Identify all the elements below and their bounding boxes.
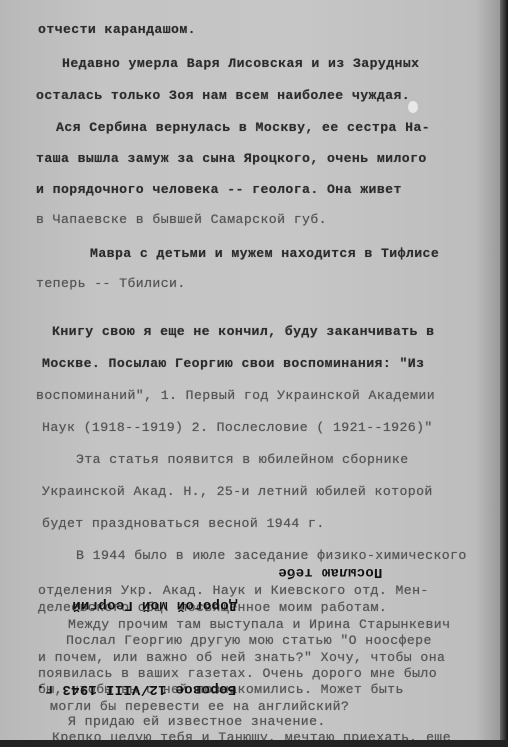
- typewritten-page: отчести карандашом. Недавно умерла Варя …: [0, 0, 500, 740]
- text-line: Украинской Акад. Н., 25-и летний юбилей …: [42, 484, 433, 499]
- text-line: и почем, или важно об ней знать?" Хочу, …: [38, 650, 445, 665]
- text-line: Ася Сербина вернулась в Москву, ее сестр…: [56, 120, 430, 135]
- text-line: Между прочим там выступала и Ирина Стары…: [68, 617, 450, 632]
- text-line: В 1944 было в июле заседание физико-хими…: [76, 548, 467, 563]
- text-line: отчести карандашом.: [38, 22, 196, 37]
- text-line: воспоминаний", 1. Первый год Украинской …: [36, 388, 435, 403]
- text-line: отделения Укр. Акад. Наук и Киевского от…: [38, 583, 429, 598]
- text-line: Послал Георгию другую мою статью "О ноос…: [66, 633, 432, 648]
- text-line: Я придаю ей известное значение.: [68, 714, 326, 729]
- scan-edge-bottom: [0, 740, 508, 747]
- text-line: Наук (1918--1919) 2. Послесловие ( 1921-…: [42, 420, 433, 435]
- upside-down-overlay-text: Боровое 12/VIII 1943 г.: [36, 681, 236, 697]
- upside-down-overlay-text: Дорогой мой Георгий: [72, 597, 237, 613]
- text-line: и порядочного человека -- геолога. Она ж…: [36, 182, 402, 197]
- text-line: Книгу свою я еще не кончил, буду заканчи…: [52, 324, 434, 339]
- text-line: могли бы перевести ее на английский?: [50, 699, 349, 714]
- text-line: Эта статья появится в юбилейном сборнике: [76, 452, 409, 467]
- text-line: Недавно умерла Варя Лисовская и из Заруд…: [62, 56, 420, 71]
- text-line: осталась только Зоя нам всем наиболее чу…: [36, 88, 410, 103]
- text-line: таша вышла замуж за сына Яроцкого, очень…: [36, 151, 427, 166]
- text-line: Москве. Посылаю Георгию свои воспоминани…: [42, 356, 424, 371]
- text-line: теперь -- Тбилиси.: [36, 276, 186, 291]
- paper-blemish: [408, 101, 418, 113]
- upside-down-overlay-text: Посылаю тебе: [278, 564, 382, 580]
- text-line: будет праздноваться весной 1944 г.: [42, 516, 325, 531]
- scan-edge-right: [500, 0, 508, 747]
- text-line: Мавра с детьми и мужем находится в Тифли…: [90, 246, 439, 261]
- text-line: Крепко целую тебя и Танюшу, мечтаю приех…: [52, 730, 451, 740]
- text-line: в Чапаевске в бывшей Самарской губ.: [36, 212, 327, 227]
- text-line: появилась в ваших газетах. Очень дорого …: [38, 666, 437, 681]
